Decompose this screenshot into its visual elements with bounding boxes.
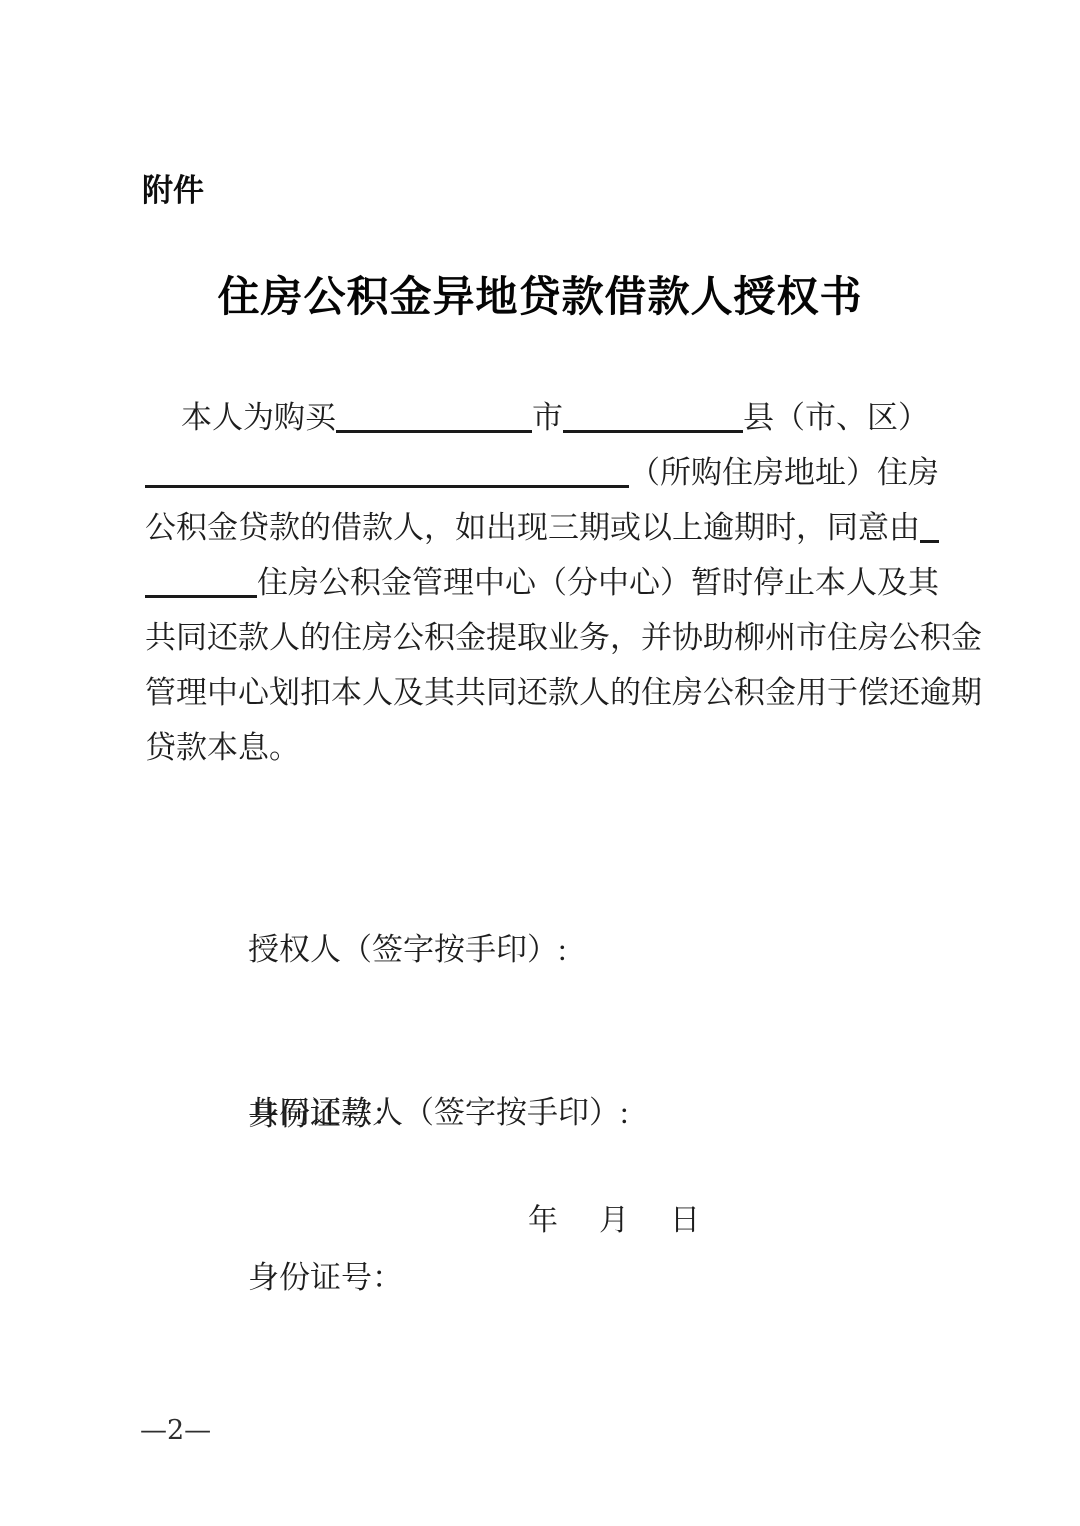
month-label: 月 [599,1204,629,1238]
body-line: 住房公积金管理中心（分中心）暂时停止本人及其 [145,555,939,610]
document-body: 本人为购买市县（市、区）（所购住房地址）住房公积金贷款的借款人，如出现三期或以上… [145,390,939,775]
co-repayer-id-label: 身份证号： [248,1250,629,1305]
body-text: 县（市、区） [743,390,929,445]
blank-underline [920,540,939,543]
body-text: 管理中心划扣本人及其共同还款人的住房公积金用于偿还逾期 [145,665,982,720]
body-line: 本人为购买市县（市、区） [145,390,939,445]
body-text: 住房公积金管理中心（分中心）暂时停止本人及其 [257,555,939,610]
co-repayer-signature-block: 共同还款人（签字按手印）: 身份证号： [248,975,629,1415]
document-title: 住房公积金异地贷款借款人授权书 [0,264,1080,324]
document-page: 附件 住房公积金异地贷款借款人授权书 本人为购买市县（市、区）（所购住房地址）住… [0,0,1080,1526]
body-line: （所购住房地址）住房 [145,445,939,500]
body-text: 公积金贷款的借款人，如出现三期或以上逾期时，同意由 [145,500,920,555]
body-text: 贷款本息。 [145,720,300,775]
body-line: 共同还款人的住房公积金提取业务，并协助柳州市住房公积金 [145,610,939,665]
page-number: —2— [140,1416,211,1446]
blank-underline [145,595,257,598]
authorizer-label: 授权人（签字按手印）: [248,922,567,977]
co-repayer-label: 共同还款人（签字按手印）: [248,1085,629,1140]
blank-underline [145,485,629,488]
body-text: （所购住房地址）住房 [629,445,939,500]
day-label: 日 [670,1204,700,1238]
attachment-label: 附件 [142,165,204,210]
body-line: 贷款本息。 [145,720,939,775]
body-line: 管理中心划扣本人及其共同还款人的住房公积金用于偿还逾期 [145,665,939,720]
body-line: 公积金贷款的借款人，如出现三期或以上逾期时，同意由 [145,500,939,555]
body-text: 市 [532,390,563,445]
year-label: 年 [528,1204,558,1238]
date-line: 年 月 日 [528,1204,700,1238]
blank-underline [336,430,532,433]
body-text: 本人为购买 [181,390,336,445]
blank-underline [563,430,743,433]
body-text: 共同还款人的住房公积金提取业务，并协助柳州市住房公积金 [145,610,982,665]
